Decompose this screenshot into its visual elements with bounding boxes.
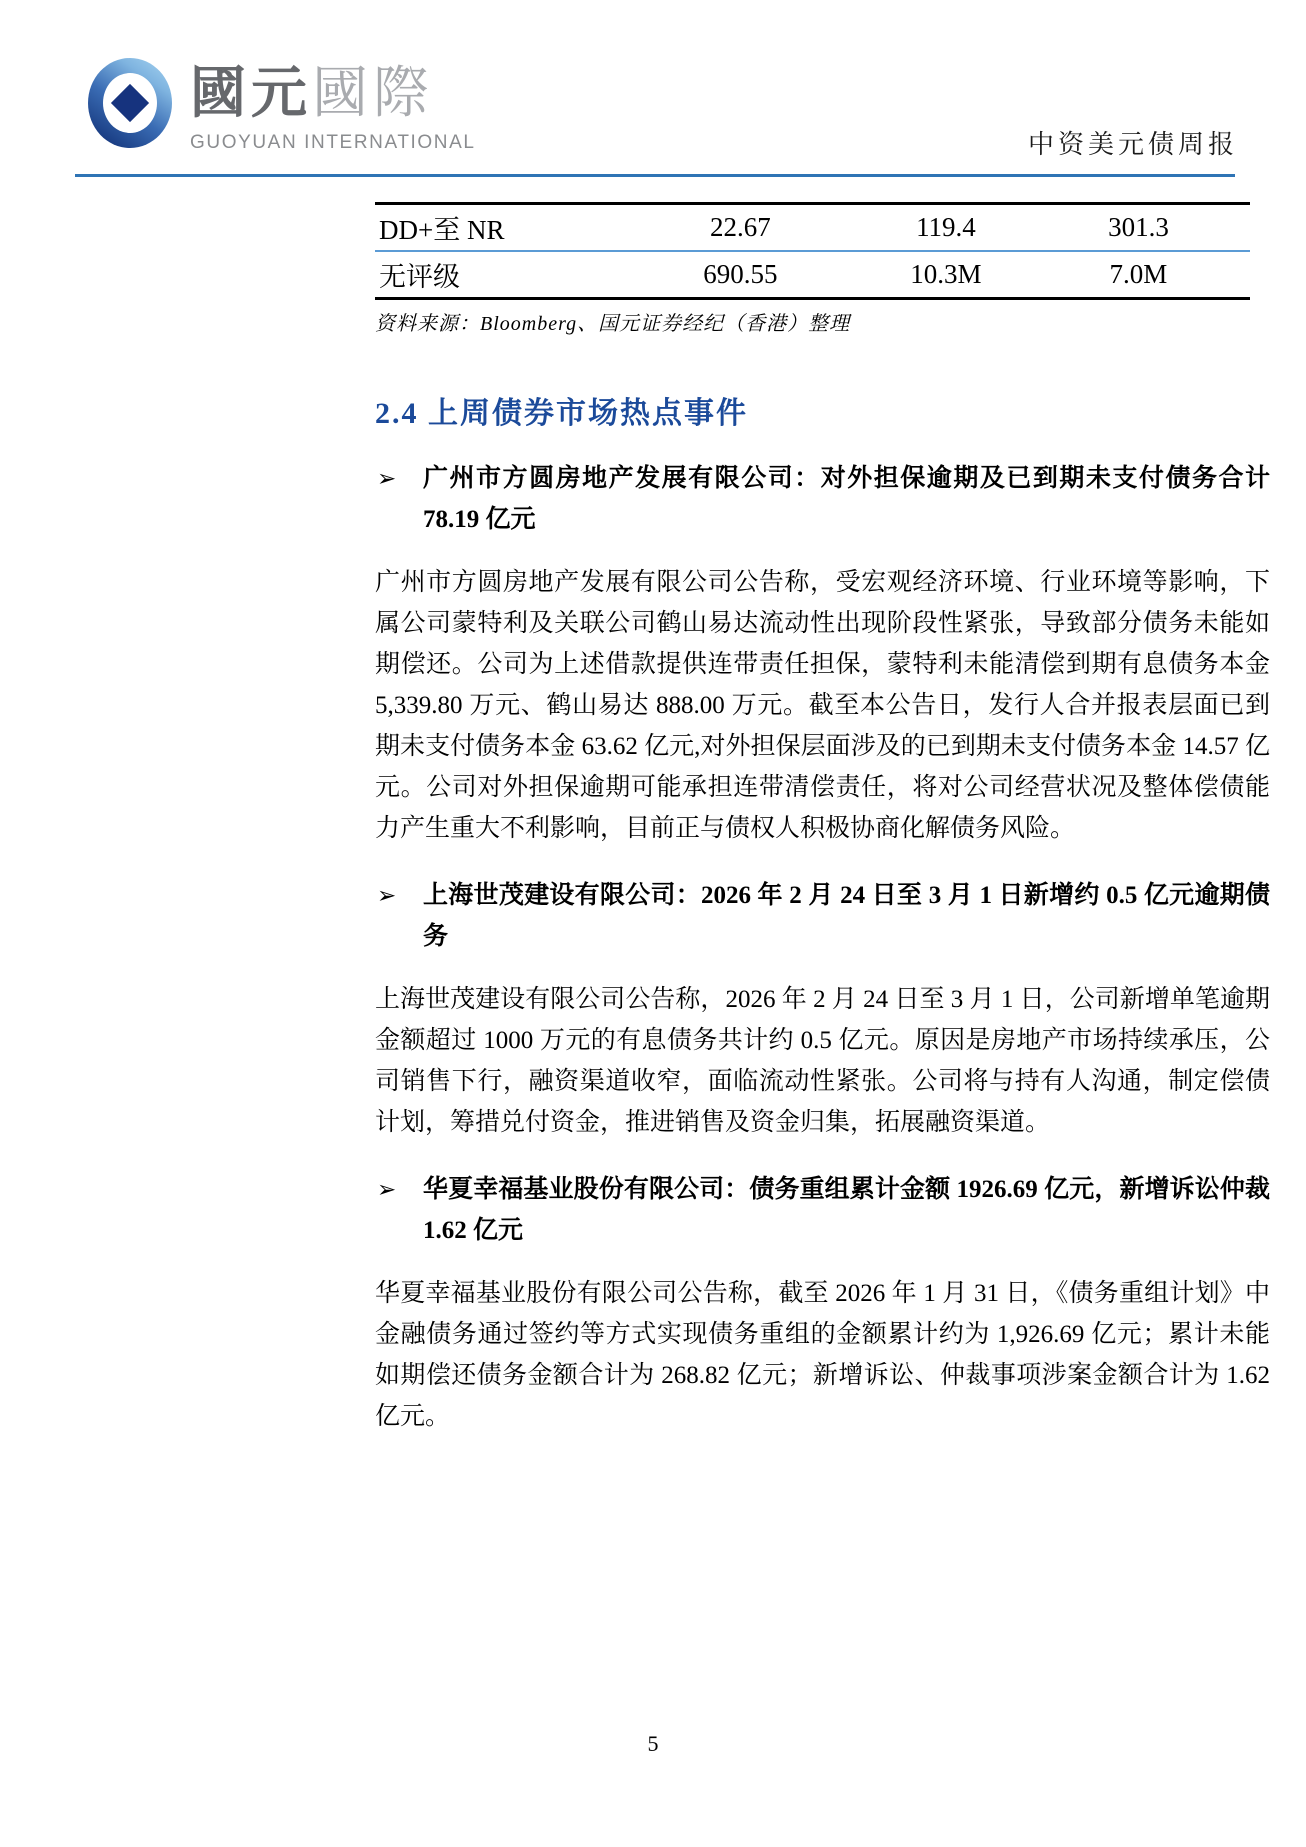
document-title: 中资美元债周报: [1028, 124, 1238, 161]
report-page: 國元國際 GUOYUAN INTERNATIONAL 中资美元债周报 DD+至 …: [0, 0, 1306, 1847]
logo-cn-secondary: 國際: [312, 63, 434, 125]
news-paragraph: 广州市方圆房地产发展有限公司公告称，受宏观经济环境、行业环境等影响，下属公司蒙特…: [375, 562, 1270, 849]
table-row: 无评级 690.55 10.3M 7.0M: [375, 251, 1250, 299]
rating-table: DD+至 NR 22.67 119.4 301.3 无评级 690.55 10.…: [375, 202, 1250, 300]
bullet-headline-text: 广州市方圆房地产发展有限公司：对外担保逾期及已到期未支付债务合计 78.19 亿…: [423, 465, 1270, 533]
bullet-headline: ➢ 广州市方圆房地产发展有限公司：对外担保逾期及已到期未支付债务合计 78.19…: [375, 458, 1270, 540]
rating-value: 690.55: [616, 251, 865, 299]
news-paragraph: 华夏幸福基业股份有限公司公告称，截至 2026 年 1 月 31 日，《债务重组…: [375, 1273, 1270, 1437]
arrow-bullet-icon: ➢: [377, 876, 396, 917]
page-number: 5: [0, 1731, 1306, 1757]
logo-text-block: 國元國際 GUOYUAN INTERNATIONAL: [190, 62, 476, 154]
rating-value: 7.0M: [1027, 251, 1250, 299]
header-divider: [75, 174, 1235, 177]
news-paragraph: 上海世茂建设有限公司公告称，2026 年 2 月 24 日至 3 月 1 日，公…: [375, 979, 1270, 1143]
logo-cn-primary: 國元: [190, 63, 312, 125]
rating-value: 10.3M: [865, 251, 1027, 299]
rating-value: 22.67: [616, 204, 865, 252]
rating-value: 119.4: [865, 204, 1027, 252]
bullet-headline-text: 上海世茂建设有限公司：2026 年 2 月 24 日至 3 月 1 日新增约 0…: [423, 882, 1270, 950]
section-heading: 2.4 上周债券市场热点事件: [375, 388, 1270, 432]
logo-english-name: GUOYUAN INTERNATIONAL: [190, 132, 476, 154]
content-column: DD+至 NR 22.67 119.4 301.3 无评级 690.55 10.…: [375, 202, 1270, 1437]
rating-label: 无评级: [375, 251, 616, 299]
bullet-headline-text: 华夏幸福基业股份有限公司：债务重组累计金额 1926.69 亿元，新增诉讼仲裁 …: [423, 1176, 1270, 1244]
rating-label: DD+至 NR: [375, 204, 616, 252]
logo-chinese-name: 國元國際: [190, 62, 476, 126]
arrow-bullet-icon: ➢: [377, 459, 396, 500]
rating-value: 301.3: [1027, 204, 1250, 252]
bullet-headline: ➢ 上海世茂建设有限公司：2026 年 2 月 24 日至 3 月 1 日新增约…: [375, 875, 1270, 957]
bullet-headline: ➢ 华夏幸福基业股份有限公司：债务重组累计金额 1926.69 亿元，新增诉讼仲…: [375, 1169, 1270, 1251]
table-row: DD+至 NR 22.67 119.4 301.3: [375, 204, 1250, 252]
guoyuan-logo-icon: [88, 58, 172, 148]
table-source-note: 资料来源：Bloomberg、国元证券经纪（香港）整理: [375, 307, 1270, 336]
arrow-bullet-icon: ➢: [377, 1170, 396, 1211]
